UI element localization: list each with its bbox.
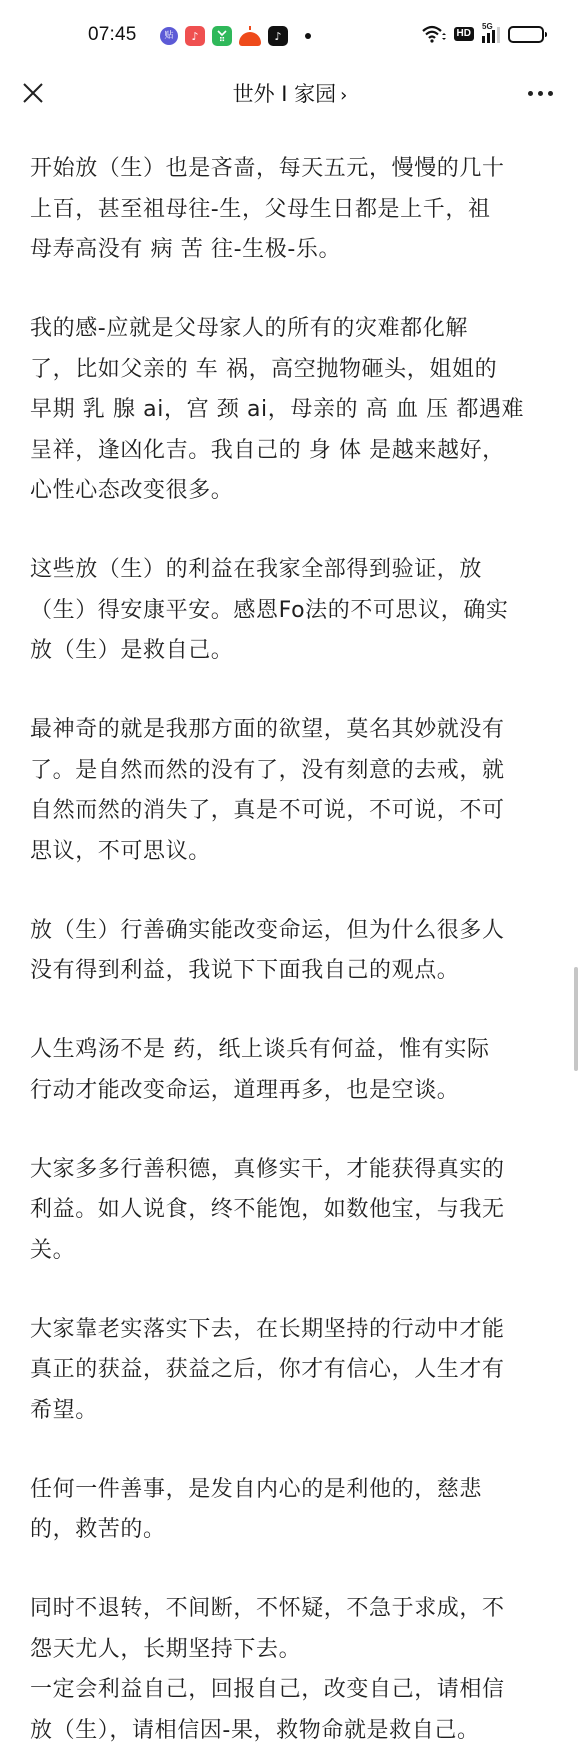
nav-bar: 世外 I 家园› <box>0 64 580 126</box>
paragraph: 同时不退转，不间断，不怀疑，不急于求成，不 怨天尤人，长期坚持下去。 一定会利益… <box>30 1589 552 1744</box>
shopping-icon <box>212 26 232 46</box>
text-line: 关。 <box>30 1231 552 1272</box>
more-notifications-dot-icon <box>305 33 311 39</box>
text-line: 早期 乳 腺 ai，宫 颈 ai，母亲的 高 血 压 都遇难 <box>30 390 552 431</box>
text-line: 怨天尤人，长期坚持下去。 <box>30 1630 552 1671</box>
text-line: 自然而然的消失了，真是不可说，不可说，不可 <box>30 791 552 832</box>
text-line: （生）得安康平安。感恩Fo法的不可思议，确实 <box>30 591 552 632</box>
notification-app-icons: 贴 ♪ ♪ <box>160 26 311 46</box>
text-line: 大家多多行善积德，真修实干，才能获得真实的 <box>30 1150 552 1191</box>
tieba-icon: 贴 <box>160 27 178 45</box>
music-icon: ♪ <box>185 26 205 46</box>
paragraph: 我的感-应就是父母家人的所有的灾难都化解 了，比如父亲的 车 祸，高空抛物砸头，… <box>30 309 552 512</box>
text-line: 的，救苦的。 <box>30 1510 552 1551</box>
battery-icon <box>508 26 544 43</box>
paragraph: 放（生）行善确实能改变命运，但为什么很多人 没有得到利益，我说下下面我自己的观点… <box>30 911 552 992</box>
wifi-icon <box>422 25 446 43</box>
text-line: 母寿高没有 病 苦 往-生极-乐。 <box>30 230 552 271</box>
text-line: 利益。如人说食，终不能饱，如数他宝，与我无 <box>30 1190 552 1231</box>
more-options-button[interactable] <box>520 78 560 108</box>
text-line: 心性心态改变很多。 <box>30 471 552 512</box>
text-line: 同时不退转，不间断，不怀疑，不急于求成，不 <box>30 1589 552 1630</box>
text-line: 任何一件善事，是发自内心的是利他的，慈悲 <box>30 1470 552 1511</box>
status-indicators: HD 5G <box>422 25 544 43</box>
taobao-icon <box>239 26 261 46</box>
tiktok-icon: ♪ <box>268 26 288 46</box>
text-line: 了。是自然而然的没有了，没有刻意的去戒，就 <box>30 751 552 792</box>
more-dot-icon <box>538 91 543 96</box>
text-line: 我的感-应就是父母家人的所有的灾难都化解 <box>30 309 552 350</box>
paragraph: 人生鸡汤不是 药，纸上谈兵有何益，惟有实际 行动才能改变命运，道理再多，也是空谈… <box>30 1030 552 1111</box>
account-title-link[interactable]: 世外 I 家园› <box>0 78 580 108</box>
article-body: 开始放（生）也是吝啬，每天五元，慢慢的几十 上百，甚至祖母往-生，父母生日都是上… <box>30 149 552 1744</box>
text-line: 呈祥，逢凶化吉。我自己的 身 体 是越来越好， <box>30 431 552 472</box>
paragraph: 大家靠老实落实下去，在长期坚持的行动中才能 真正的获益，获益之后，你才有信心，人… <box>30 1310 552 1432</box>
text-line: 思议，不可思议。 <box>30 832 552 873</box>
paragraph: 任何一件善事，是发自内心的是利他的，慈悲 的，救苦的。 <box>30 1470 552 1551</box>
paragraph: 这些放（生）的利益在我家全部得到验证，放 （生）得安康平安。感恩Fo法的不可思议… <box>30 550 552 672</box>
text-line: 开始放（生）也是吝啬，每天五元，慢慢的几十 <box>30 149 552 190</box>
chevron-right-icon: › <box>340 85 347 106</box>
status-bar: 07:45 贴 ♪ ♪ HD 5G <box>0 0 580 64</box>
more-dot-icon <box>548 91 553 96</box>
paragraph: 最神奇的就是我那方面的欲望，莫名其妙就没有 了。是自然而然的没有了，没有刻意的去… <box>30 710 552 872</box>
scrollbar-thumb[interactable] <box>574 967 578 1071</box>
more-dot-icon <box>528 91 533 96</box>
text-line: 真正的获益，获益之后，你才有信心，人生才有 <box>30 1350 552 1391</box>
text-line: 没有得到利益，我说下下面我自己的观点。 <box>30 951 552 992</box>
text-line: 放（生）是救自己。 <box>30 631 552 672</box>
text-line: 大家靠老实落实下去，在长期坚持的行动中才能 <box>30 1310 552 1351</box>
account-title: 世外 I 家园 <box>233 82 337 106</box>
text-line: 一定会利益自己，回报自己，改变自己，请相信 <box>30 1670 552 1711</box>
signal-icon: 5G <box>482 25 500 43</box>
text-line: 这些放（生）的利益在我家全部得到验证，放 <box>30 550 552 591</box>
text-line: 上百，甚至祖母往-生，父母生日都是上千，祖 <box>30 190 552 231</box>
paragraph: 大家多多行善积德，真修实干，才能获得真实的 利益。如人说食，终不能饱，如数他宝，… <box>30 1150 552 1272</box>
paragraph: 开始放（生）也是吝啬，每天五元，慢慢的几十 上百，甚至祖母往-生，父母生日都是上… <box>30 149 552 271</box>
hd-badge: HD <box>454 27 474 41</box>
text-line: 了，比如父亲的 车 祸，高空抛物砸头，姐姐的 <box>30 350 552 391</box>
text-line: 最神奇的就是我那方面的欲望，莫名其妙就没有 <box>30 710 552 751</box>
network-type: 5G <box>482 22 493 31</box>
status-time: 07:45 <box>88 24 137 46</box>
text-line: 行动才能改变命运，道理再多，也是空谈。 <box>30 1071 552 1112</box>
text-line: 放（生），请相信因-果，救物命就是救自己。 <box>30 1711 552 1744</box>
text-line: 人生鸡汤不是 药，纸上谈兵有何益，惟有实际 <box>30 1030 552 1071</box>
text-line: 希望。 <box>30 1391 552 1432</box>
text-line: 放（生）行善确实能改变命运，但为什么很多人 <box>30 911 552 952</box>
